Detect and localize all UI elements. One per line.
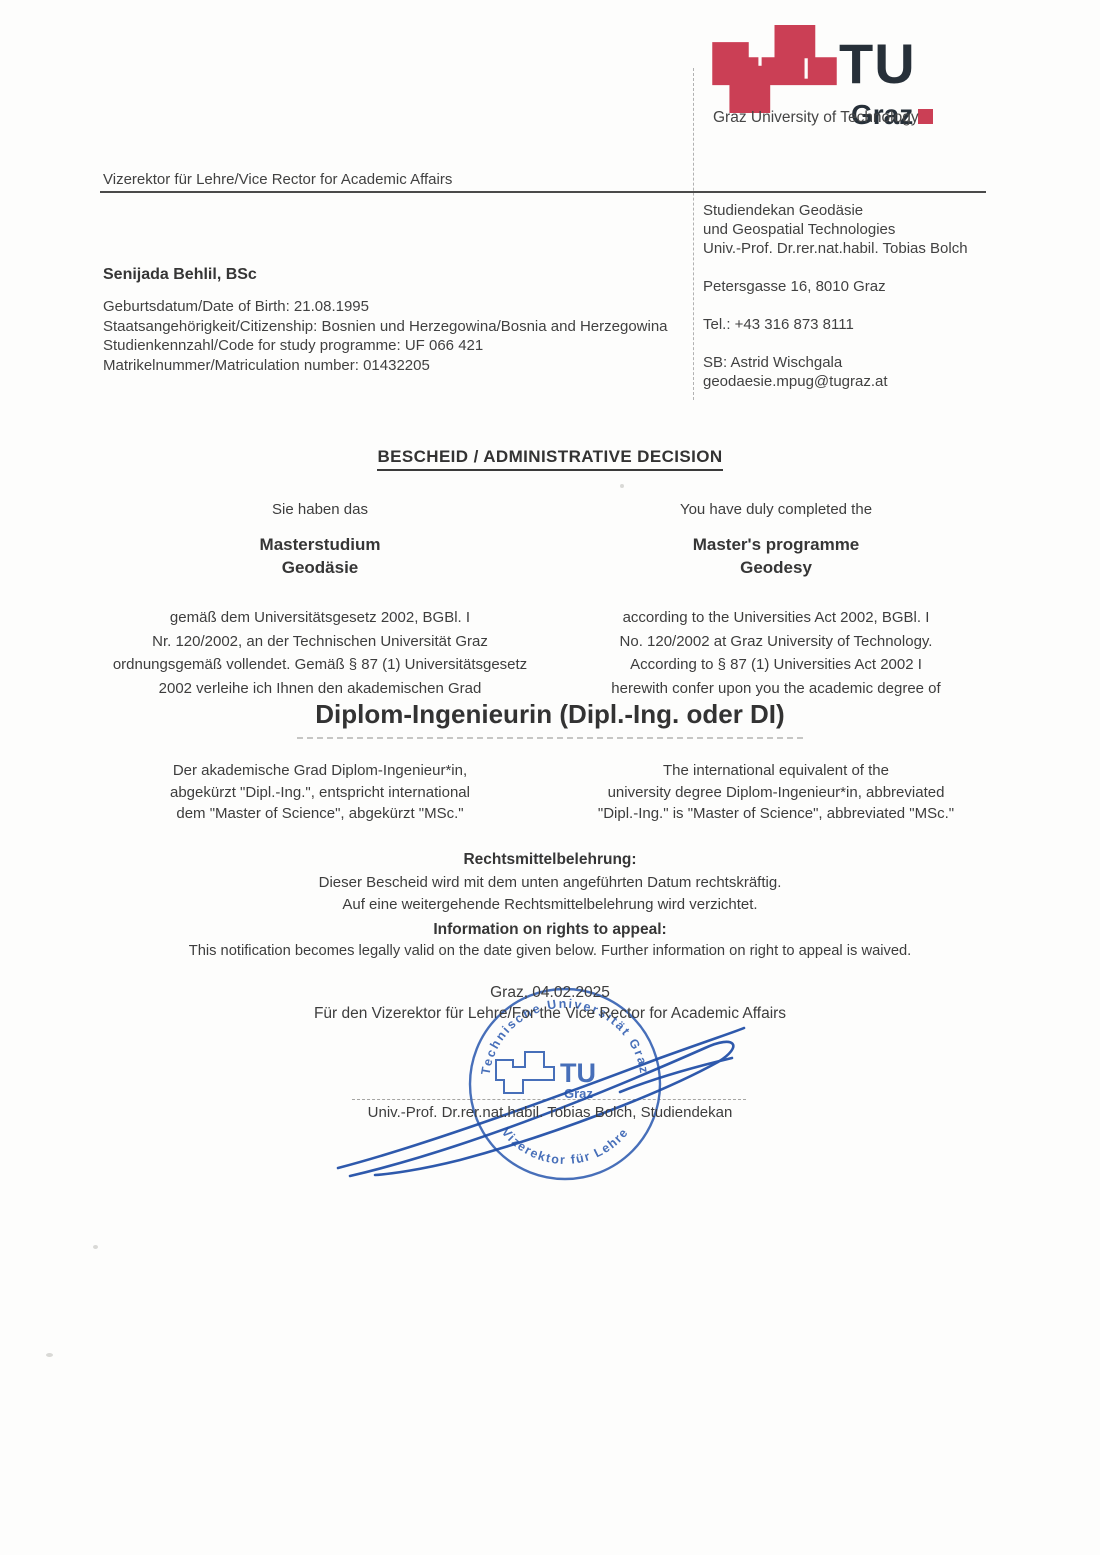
logo-subtitle: Graz University of Technology	[713, 109, 919, 127]
programme-de: Masterstudium Geodäsie	[78, 533, 562, 579]
equivalence-de: Der akademische Grad Diplom-Ingenieur*in…	[78, 760, 562, 825]
student-name: Senijada Behlil, BSc	[103, 266, 703, 284]
header-rule	[100, 191, 986, 193]
appeal-title-de: Rechtsmittelbelehrung:	[0, 851, 1100, 869]
decision-title: BESCHEID / ADMINISTRATIVE DECISION	[377, 447, 722, 471]
intro-de: Sie haben das	[78, 501, 562, 518]
tu-graz-logo-icon	[712, 25, 837, 113]
law-paragraph-de: gemäß dem Universitätsgesetz 2002, BGBl.…	[78, 606, 562, 700]
intro-en: You have duly completed the	[552, 501, 1000, 518]
stamp-bottom-text: Vizerektor für Lehre	[499, 1125, 632, 1167]
contact-block: Studiendekan Geodäsie und Geospatial Tec…	[703, 201, 1003, 391]
place-date: Graz, 04.02.2025	[0, 984, 1100, 1002]
appeal-text-en: This notification becomes legally valid …	[0, 943, 1100, 959]
degree-title: Diplom-Ingenieurin (Dipl.-Ing. oder DI)	[297, 699, 802, 739]
logo-tu-text: TU	[839, 19, 916, 109]
appeal-title-en: Information on rights to appeal:	[0, 921, 1100, 939]
on-behalf-line: Für den Vizerektor für Lehre/For the Vic…	[0, 1005, 1100, 1023]
stamp-tu-logo-icon	[496, 1052, 554, 1093]
student-details: Geburtsdatum/Date of Birth: 21.08.1995 S…	[103, 297, 703, 375]
signatory-name: Univ.-Prof. Dr.rer.nat.habil. Tobias Bol…	[0, 1104, 1100, 1121]
logo-red-square-icon	[918, 109, 933, 124]
appeal-text-de: Dieser Bescheid wird mit dem unten angef…	[0, 872, 1100, 916]
contact-clerk: SB: Astrid Wischgala geodaesie.mpug@tugr…	[703, 353, 1003, 391]
document-page: TU Graz Graz University of Technology Vi…	[0, 0, 1100, 1555]
student-block: Senijada Behlil, BSc Geburtsdatum/Date o…	[103, 266, 703, 375]
scan-speck	[93, 1245, 98, 1249]
degree-title-row: Diplom-Ingenieurin (Dipl.-Ing. oder DI)	[0, 699, 1100, 739]
scan-speck	[46, 1353, 53, 1357]
programme-en: Master's programme Geodesy	[552, 533, 1000, 579]
scan-speck	[620, 484, 624, 488]
contact-department: Studiendekan Geodäsie und Geospatial Tec…	[703, 201, 1003, 258]
contact-phone: Tel.: +43 316 873 8111	[703, 315, 1003, 334]
contact-address: Petersgasse 16, 8010 Graz	[703, 277, 1003, 296]
law-paragraph-en: according to the Universities Act 2002, …	[552, 606, 1000, 700]
equivalence-en: The international equivalent of the univ…	[552, 760, 1000, 825]
sender-line: Vizerektor für Lehre/Vice Rector for Aca…	[103, 171, 452, 188]
decision-title-row: BESCHEID / ADMINISTRATIVE DECISION	[0, 447, 1100, 471]
